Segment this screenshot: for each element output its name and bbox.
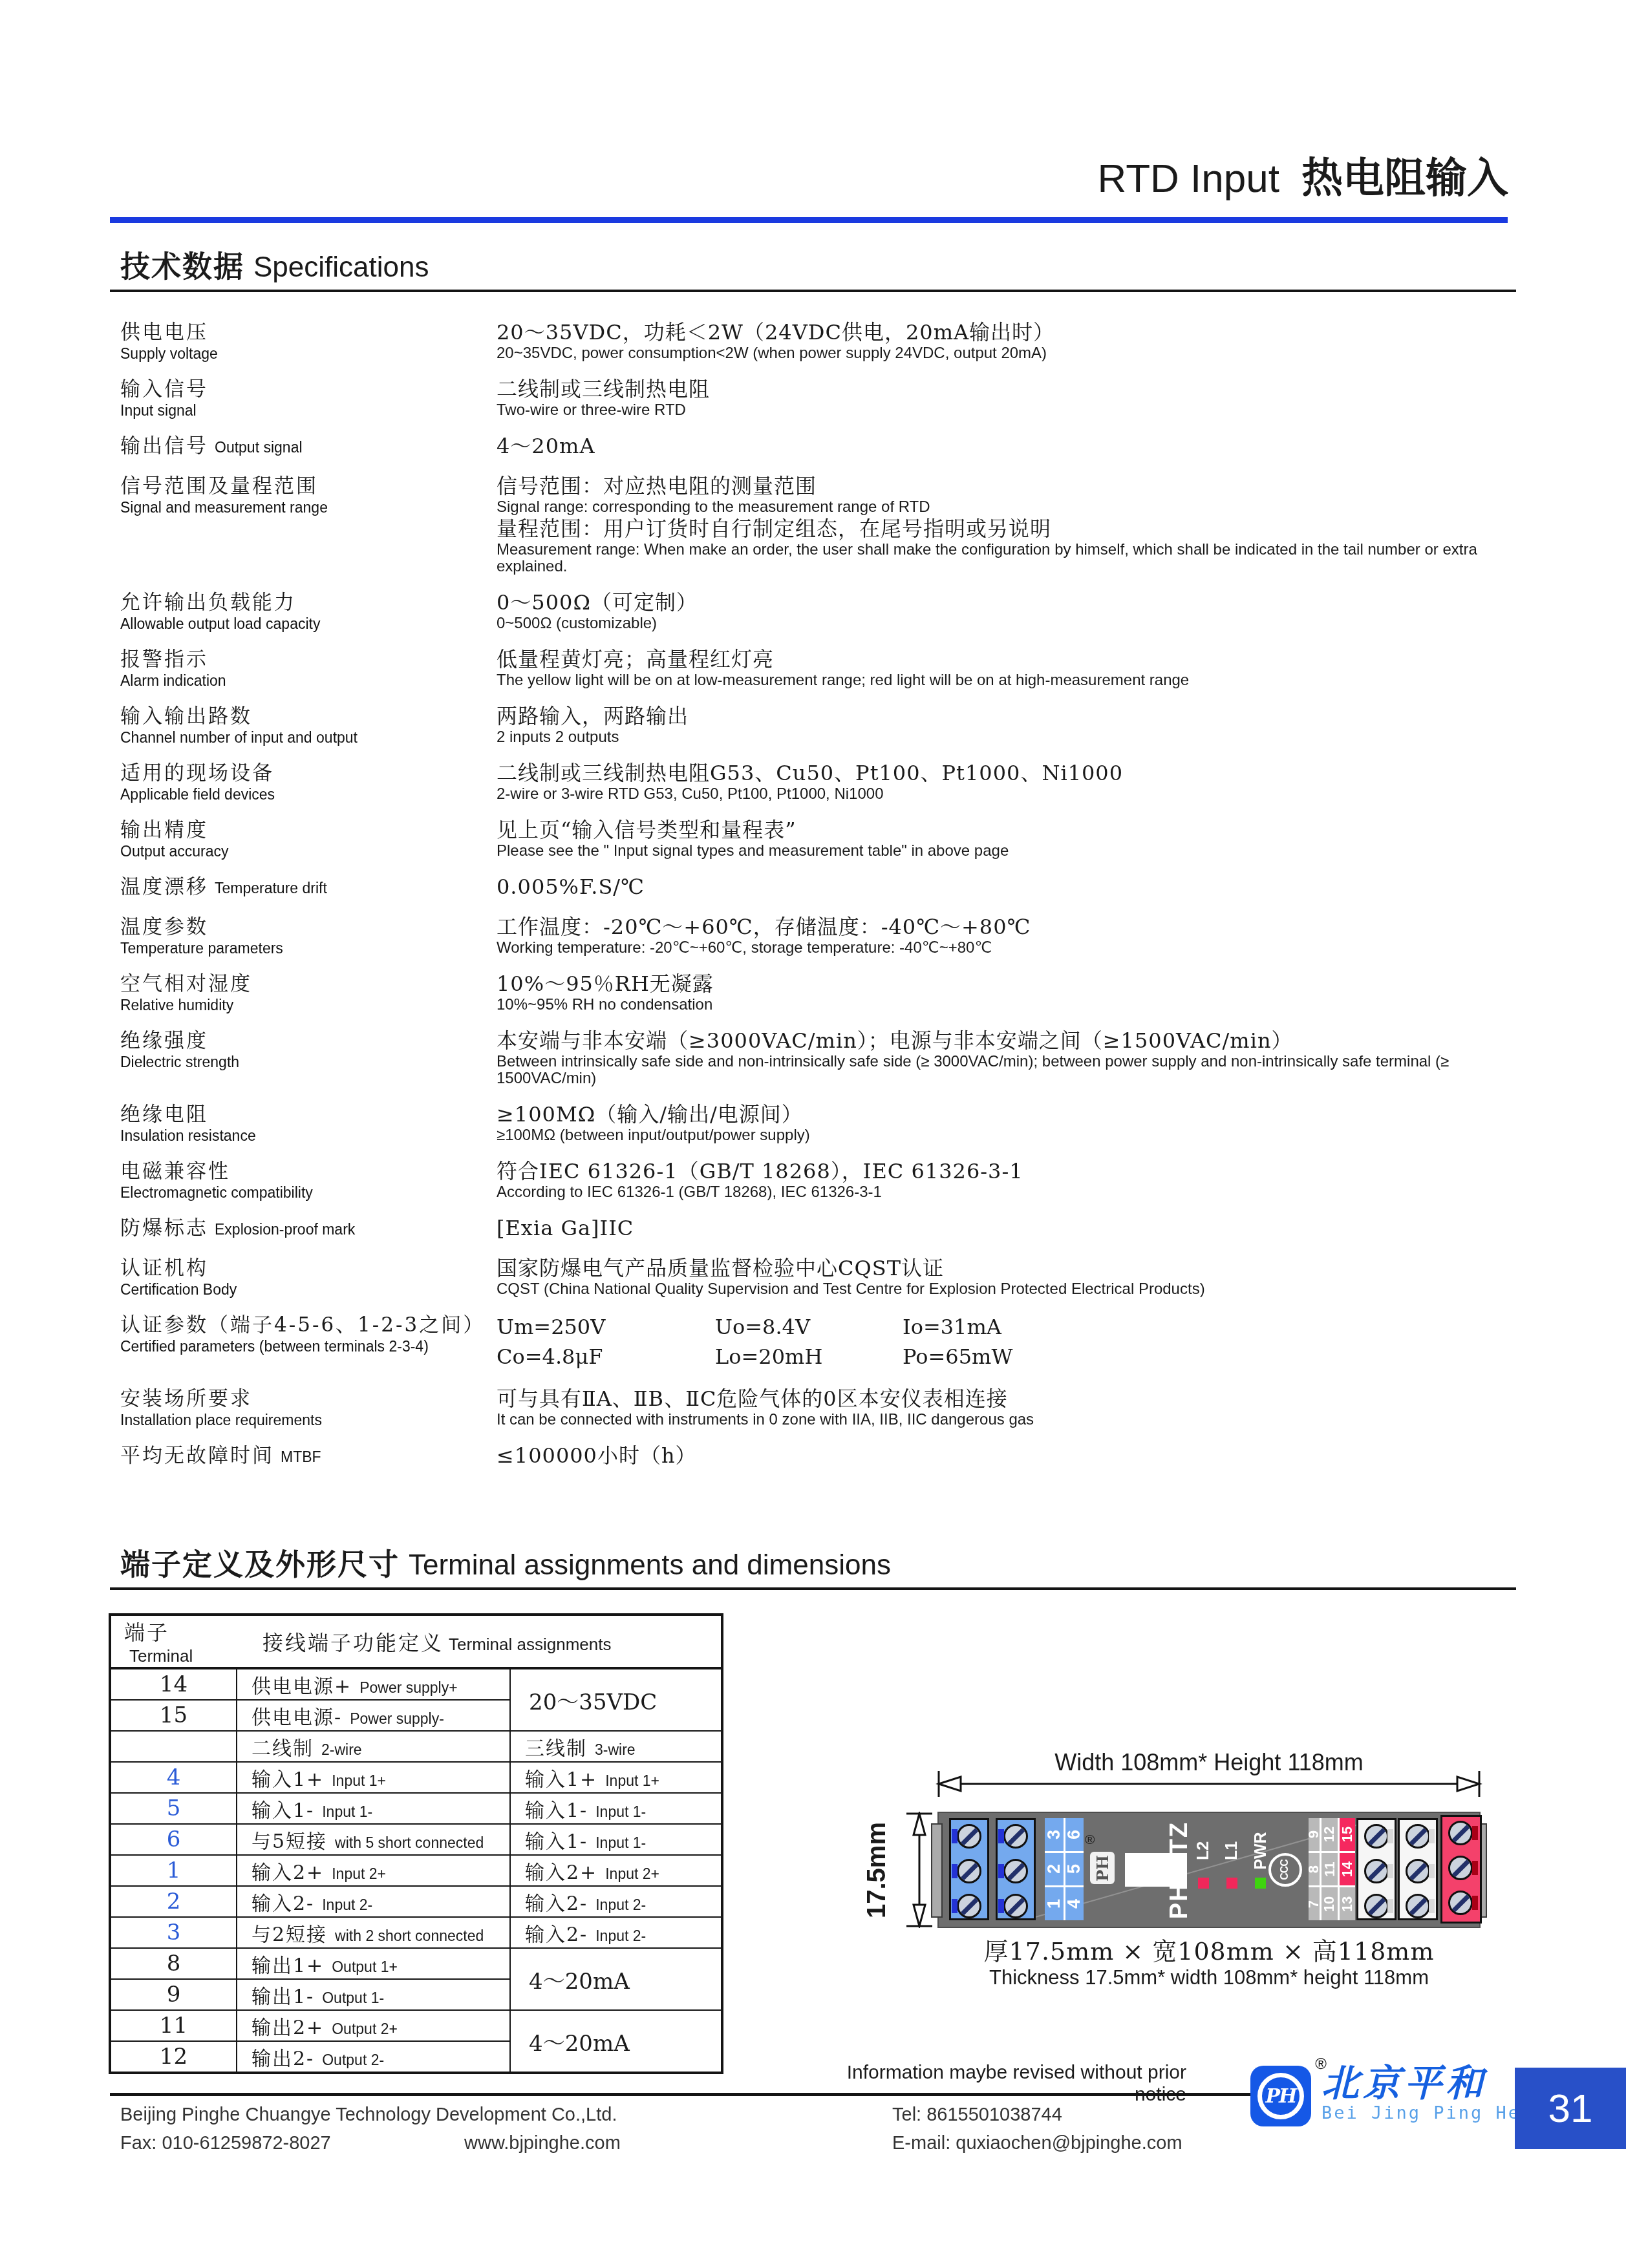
spec-row: 供电电压Supply voltage20～35VDC，功耗＜2W（24VDC供电… (120, 319, 1517, 362)
terminal-function-en: Input 1+ (605, 1772, 659, 1789)
spec-value-line: [Exia Ga]IIC (497, 1215, 1517, 1241)
spec-label: 电磁兼容性Electromagnetic compatibility (120, 1158, 497, 1201)
device-terminal-number-cell-digit: 7 (1306, 1900, 1323, 1908)
spec-value-line: 4～20mA (497, 433, 1517, 459)
spec-row: 电磁兼容性Electromagnetic compatibility符合IEC … (120, 1158, 1517, 1201)
device-terminal-number-cell: 1 (1045, 1887, 1064, 1920)
device-terminal-number-cell-digit: 11 (1321, 1861, 1338, 1876)
spec-label-en: Certification Body (120, 1281, 497, 1298)
terminal-function-zh: 输出1- (251, 1986, 314, 2008)
spec-value-zh: 见上页“输入信号类型和量程表” (497, 817, 1517, 843)
spec-value-en: 2-wire or 3-wire RTD G53, Cu50, Pt100, P… (497, 786, 1517, 803)
screw-icon (1003, 1894, 1028, 1918)
spec-value-en: 10%~95% RH no condensation (497, 997, 1517, 1013)
terminal-function-en: Input 1- (322, 1803, 372, 1820)
terminal-section-heading: 端子定义及外形尺寸Terminal assignments and dimens… (120, 1541, 891, 1584)
terminal-heading-en: Terminal assignments and dimensions (409, 1549, 891, 1581)
screw-icon (1448, 1821, 1473, 1845)
spec-value: 二线制或三线制热电阻G53、Cu50、Pt100、Pt1000、Ni10002-… (497, 760, 1517, 803)
spec-value-zh: 本安端与非本安端（≥3000VAC/min）；电源与非本安端之间（≥1500VA… (497, 1028, 1517, 1054)
footer-website: www.bjpinghe.com (464, 2133, 621, 2154)
spec-value-zh: 二线制或三线制热电阻G53、Cu50、Pt100、Pt1000、Ni1000 (497, 760, 1517, 786)
terminal-table-header-col1: 端子Terminal (110, 1615, 237, 1668)
terminal-row: 2输入2-Input 2-输入2-Input 2- (110, 1886, 722, 1917)
device-terminal-number-cell-digit: 9 (1306, 1830, 1323, 1838)
terminal-block-blue-1 (949, 1818, 989, 1920)
spec-value: 低量程黄灯亮；高量程红灯亮The yellow light will be on… (497, 646, 1517, 689)
terminal-tick (1429, 1829, 1435, 1843)
spec-value-en: Please see the " Input signal types and … (497, 843, 1517, 860)
spec-label: 输出精度Output accuracy (120, 817, 497, 860)
device-terminal-number-cell-digit: 10 (1321, 1896, 1338, 1911)
spec-label-zh: 防爆标志 (120, 1216, 208, 1240)
device-thickness-label: 17.5mm (857, 1828, 896, 1912)
terminal-tick (1387, 1899, 1393, 1913)
spec-value-col: Um=250V (497, 1312, 715, 1342)
spec-label-zh: 安装场所要求 (120, 1386, 497, 1412)
spec-value-col: Po=65mW (903, 1342, 1012, 1372)
spec-value: 信号范围：对应热电阻的测量范围Signal range: correspondi… (497, 473, 1517, 575)
terminal-number: 14 (110, 1668, 237, 1700)
spec-value: 两路输入，两路输出2 inputs 2 outputs (497, 703, 1517, 746)
terminal-header-en: Terminal (129, 1646, 193, 1666)
spec-value-zh: 0.005%F.S/℃ (497, 874, 1517, 900)
screw-icon (1003, 1824, 1028, 1849)
device-terminal-number-cell: 13 (1340, 1887, 1355, 1920)
terminal-heading-zh: 端子定义及外形尺寸 (120, 1547, 400, 1581)
terminal-number-grid-right: 912158111471013 (1309, 1818, 1355, 1920)
spec-label-en: Dielectric strength (120, 1054, 497, 1070)
terminal-function-zh: 输出1+ (251, 1955, 324, 1977)
terminal-function-en: 3-wire (595, 1741, 636, 1758)
device-terminal-number-cell: 3 (1045, 1818, 1064, 1851)
terminal-row: 3与2短接with 2 short connected输入2-Input 2- (110, 1917, 722, 1948)
terminal-function-zh: 输入2- (525, 1892, 588, 1915)
spec-label-zh: 输入信号 (120, 376, 497, 402)
screw-slot (1407, 1894, 1430, 1918)
spec-value-zh: 国家防爆电气产品质量监督检验中心CQST认证 (497, 1255, 1517, 1281)
screw-slot (1365, 1860, 1389, 1883)
screw-icon (1448, 1891, 1473, 1915)
thickness-dimension-arrow (906, 1812, 932, 1928)
spec-value-zh: 二线制或三线制热电阻 (497, 376, 1517, 402)
terminal-number: 3 (110, 1917, 237, 1948)
terminal-number-grid-left: 362514 (1045, 1818, 1084, 1920)
spec-row: 报警指示Alarm indication低量程黄灯亮；高量程红灯亮The yel… (120, 646, 1517, 689)
terminal-function-2wire: 输出2+Output 2+ (237, 2010, 510, 2041)
terminal-block-red (1440, 1815, 1482, 1924)
spec-value: 10%～95％RH无凝露10%~95% RH no condensation (497, 971, 1517, 1013)
spec-row: 输出精度Output accuracy见上页“输入信号类型和量程表”Please… (120, 817, 1517, 860)
spec-value-en: Working temperature: -20℃~+60℃, storage … (497, 940, 1517, 957)
spec-value: 工作温度：-20℃～+60℃，存储温度：-40℃～+80℃Working tem… (497, 914, 1517, 957)
spec-label-en: Output accuracy (120, 843, 497, 860)
spec-value-zh: 0～500Ω（可定制） (497, 589, 1517, 615)
terminal-function-zh: 输出2+ (251, 2017, 324, 2039)
device-terminal-number-cell: 6 (1065, 1818, 1084, 1851)
device-terminal-number-cell-digit: 4 (1064, 1899, 1084, 1909)
spec-value-zh: ≤100000小时（h） (497, 1443, 1517, 1468)
spec-value: 4～20mA (497, 433, 1517, 459)
ccc-certification-icon: CCC (1268, 1853, 1302, 1887)
terminal-tick (1472, 1826, 1478, 1840)
screw-slot (1449, 1856, 1473, 1880)
spec-label-en: Installation place requirements (120, 1412, 497, 1428)
terminal-function-zh: 输入2+ (251, 1861, 324, 1884)
terminal-function-3wire: 输入1-Input 1- (510, 1824, 722, 1855)
terminal-block-blue-2 (996, 1818, 1036, 1920)
spec-row: 空气相对湿度Relative humidity10%～95％RH无凝露10%~9… (120, 971, 1517, 1013)
spec-value-en: ≥100MΩ (between input/output/power suppl… (497, 1127, 1517, 1144)
footer-company: Beijing Pinghe Chuangye Technology Devel… (120, 2104, 617, 2126)
terminal-function-en: with 5 short connected (335, 1834, 484, 1851)
screw-icon (1364, 1824, 1389, 1849)
device-terminal-number-cell-digit: 2 (1044, 1864, 1064, 1874)
screw-slot (1407, 1860, 1430, 1883)
spec-value-col: Lo=20mH (715, 1342, 903, 1372)
spec-value-line: 信号范围：对应热电阻的测量范围Signal range: correspondi… (497, 473, 1517, 516)
spec-value-en: It can be connected with instruments in … (497, 1412, 1517, 1428)
terminal-function-2wire: 输入1+Input 1+ (237, 1762, 510, 1793)
spec-value-zh: 4～20mA (497, 433, 1517, 459)
terminal-function-zh: 输入1- (525, 1799, 588, 1822)
device-dimensions-zh: 厚17.5mm × 宽108mm × 高118mm (937, 1931, 1481, 1967)
spec-row: 输入信号Input signal二线制或三线制热电阻Two-wire or th… (120, 376, 1517, 419)
spec-row: 防爆标志Explosion-proof mark[Exia Ga]IIC (120, 1215, 1517, 1241)
spec-row: 允许输出负载能力Allowable output load capacity0～… (120, 589, 1517, 632)
spec-label-en: Certified parameters (between terminals … (120, 1338, 497, 1355)
screw-icon (1364, 1859, 1389, 1883)
spec-row: 认证参数（端子4-5-6、1-2-3之间）Certified parameter… (120, 1312, 1517, 1372)
spec-label-zh: 信号范围及量程范围 (120, 473, 497, 499)
led-label-text: L2 (1195, 1841, 1214, 1860)
spec-label-en: Channel number of input and output (120, 729, 497, 746)
spec-label: 输入信号Input signal (120, 376, 497, 419)
terminal-function-2wire: 输出1+Output 1+ (237, 1948, 510, 1979)
screw-icon (957, 1894, 981, 1918)
terminal-function-en: Input 2+ (332, 1865, 386, 1882)
terminal-function-en: Power supply+ (359, 1679, 458, 1696)
terminal-signal-value: 4～20mA (510, 1948, 722, 2010)
spec-label-zh: 绝缘电阻 (120, 1101, 497, 1127)
screw-slot (958, 1894, 981, 1918)
spec-value-en: 20~35VDC, power consumption<2W (when pow… (497, 345, 1517, 362)
spec-label: 认证机构Certification Body (120, 1255, 497, 1298)
terminal-function-3wire: 输入1-Input 1- (510, 1793, 722, 1824)
brand-mark-icon: PH (1090, 1852, 1115, 1884)
spec-label-en: MTBF (281, 1448, 321, 1465)
spec-value-en: Two-wire or three-wire RTD (497, 402, 1517, 419)
spec-value-en: Signal range: corresponding to the measu… (497, 499, 1517, 516)
terminal-function-en: Output 2+ (332, 2020, 398, 2037)
terminal-function-en: Input 2- (595, 1896, 646, 1913)
device-terminal-number-cell-digit: 5 (1064, 1864, 1084, 1874)
device-terminal-number-cell-digit: 12 (1321, 1827, 1338, 1842)
terminal-row: 8输出1+Output 1+4～20mA (110, 1948, 722, 1979)
spec-label-en: Explosion-proof mark (215, 1221, 355, 1238)
terminal-function-en: Input 1+ (332, 1772, 386, 1789)
terminal-row: 11输出2+Output 2+4～20mA (110, 2010, 722, 2041)
terminal-function-en: Input 1- (595, 1803, 646, 1820)
terminal-function-2wire: 供电电源+Power supply+ (237, 1668, 510, 1700)
terminal-number: 5 (110, 1793, 237, 1824)
spec-label: 认证参数（端子4-5-6、1-2-3之间）Certified parameter… (120, 1312, 497, 1372)
spec-label-en: Applicable field devices (120, 786, 497, 803)
device-terminal-number-cell-digit: 8 (1306, 1865, 1323, 1873)
spec-label: 温度漂移Temperature drift (120, 874, 497, 900)
spec-value-line: ≤100000小时（h） (497, 1443, 1517, 1468)
spec-label: 输入输出路数Channel number of input and output (120, 703, 497, 746)
terminal-function-en: Input 2- (595, 1927, 646, 1944)
spec-label-zh: 认证机构 (120, 1255, 497, 1281)
terminal-tick (998, 1864, 1004, 1878)
spec-label: 供电电压Supply voltage (120, 319, 497, 362)
terminal-function-en: with 2 short connected (335, 1927, 484, 1944)
spec-label-zh: 温度漂移 (120, 875, 208, 898)
device-left-end-cap (931, 1823, 943, 1918)
terminal-function-2wire: 输出2-Output 2- (237, 2041, 510, 2073)
specs-heading-rule (110, 290, 1516, 292)
terminal-tick (1429, 1864, 1435, 1878)
terminal-function-3wire: 输入1+Input 1+ (510, 1762, 722, 1793)
spec-value-col: Co=4.8μF (497, 1342, 715, 1372)
terminal-function-en: Output 1- (322, 1989, 384, 2006)
screw-slot (1449, 1821, 1473, 1845)
spec-value-en: 2 inputs 2 outputs (497, 729, 1517, 746)
terminal-function-zh: 输入2- (525, 1924, 588, 1946)
spec-label-zh: 电磁兼容性 (120, 1158, 497, 1184)
screw-slot (958, 1860, 981, 1883)
spec-row: 温度参数Temperature parameters工作温度：-20℃～+60℃… (120, 914, 1517, 957)
terminal-row: 4输入1+Input 1+输入1+Input 1+ (110, 1762, 722, 1793)
spec-row: 信号范围及量程范围Signal and measurement range信号范… (120, 473, 1517, 575)
spec-label-zh: 输入输出路数 (120, 703, 497, 729)
spec-label: 适用的现场设备Applicable field devices (120, 760, 497, 803)
screw-icon (1003, 1859, 1028, 1883)
screw-icon (1406, 1859, 1430, 1883)
led-indicator-icon (1255, 1878, 1266, 1889)
spec-label: 报警指示Alarm indication (120, 646, 497, 689)
spec-label-zh: 报警指示 (120, 646, 497, 672)
spec-value: Um=250VUo=8.4VIo=31mACo=4.8μFLo=20mHPo=6… (497, 1312, 1517, 1372)
spec-label: 空气相对湿度Relative humidity (120, 971, 497, 1013)
led-label-text: L1 (1223, 1841, 1242, 1860)
screw-slot (1365, 1894, 1389, 1918)
spec-value: 见上页“输入信号类型和量程表”Please see the " Input si… (497, 817, 1517, 860)
screw-slot (1005, 1825, 1028, 1848)
terminal-row: 6与5短接with 5 short connected输入1-Input 1- (110, 1824, 722, 1855)
spec-value-line: 见上页“输入信号类型和量程表”Please see the " Input si… (497, 817, 1517, 860)
terminal-row: 二线制2-wire三线制3-wire (110, 1731, 722, 1762)
device-terminal-number-cell-digit: 15 (1339, 1827, 1356, 1842)
terminal-function-2wire: 输入2-Input 2- (237, 1886, 510, 1917)
device-terminal-number-cell: 15 (1340, 1818, 1355, 1851)
terminal-number: 12 (110, 2041, 237, 2073)
terminal-function-3wire: 输入2-Input 2- (510, 1886, 722, 1917)
spec-value-line: ≥100MΩ（输入/输出/电源间）≥100MΩ (between input/o… (497, 1101, 1517, 1144)
terminal-function-zh: 供电电源- (251, 1706, 342, 1729)
spec-label-zh: 平均无故障时间 (120, 1444, 274, 1467)
terminal-function-2wire: 输出1-Output 1- (237, 1979, 510, 2010)
spec-value: 符合IEC 61326-1（GB/T 18268），IEC 61326-3-1A… (497, 1158, 1517, 1201)
terminal-function-zh: 供电电源+ (251, 1675, 352, 1698)
logo-circle: PH (1257, 2073, 1304, 2119)
terminal-number: 15 (110, 1700, 237, 1731)
spec-value-en: The yellow light will be on at low-measu… (497, 672, 1517, 689)
device-terminal-number-cell-digit: 1 (1044, 1899, 1064, 1909)
screw-icon (1406, 1894, 1430, 1918)
device-terminal-number-cell-digit: 14 (1339, 1861, 1356, 1877)
terminal-function-zh: 三线制 (525, 1737, 587, 1760)
spec-value-zh: ≥100MΩ（输入/输出/电源间） (497, 1101, 1517, 1127)
terminal-number: 9 (110, 1979, 237, 2010)
assignments-header-zh: 接线端子功能定义 (262, 1631, 444, 1655)
terminal-number: 11 (110, 2010, 237, 2041)
screw-slot (1365, 1825, 1389, 1848)
page-number: 31 (1548, 2086, 1593, 2132)
terminal-function-3wire: 输入2+Input 2+ (510, 1855, 722, 1886)
spec-label-en: Input signal (120, 402, 497, 419)
spec-row: 适用的现场设备Applicable field devices二线制或三线制热电… (120, 760, 1517, 803)
device-terminal-number-cell: 12 (1321, 1818, 1337, 1851)
spec-value-zh: 信号范围：对应热电阻的测量范围 (497, 473, 1517, 499)
spec-label-zh: 输出信号 (120, 434, 208, 458)
spec-value-line: 本安端与非本安端（≥3000VAC/min）；电源与非本安端之间（≥1500VA… (497, 1028, 1517, 1087)
terminal-assignments-table: 端子Terminal 接线端子功能定义Terminal assignments … (109, 1613, 723, 2074)
terminal-tick (998, 1899, 1004, 1913)
terminal-function-zh: 输入2+ (525, 1861, 597, 1884)
terminal-row: 5输入1-Input 1-输入1-Input 1- (110, 1793, 722, 1824)
spec-label-en: Supply voltage (120, 345, 497, 362)
spec-value: 0～500Ω（可定制）0~500Ω (customizable) (497, 589, 1517, 632)
terminal-function-zh: 输入2- (251, 1892, 314, 1915)
spec-label: 防爆标志Explosion-proof mark (120, 1215, 497, 1241)
spec-value: ≥100MΩ（输入/输出/电源间）≥100MΩ (between input/o… (497, 1101, 1517, 1144)
terminal-tick (1429, 1899, 1435, 1913)
device-terminal-number-cell: 14 (1340, 1853, 1355, 1886)
spec-label-en: Relative humidity (120, 997, 497, 1013)
spec-value-line: 国家防爆电气产品质量监督检验中心CQST认证CQST (China Nation… (497, 1255, 1517, 1298)
spec-value-zh: 两路输入，两路输出 (497, 703, 1517, 729)
screw-icon (1406, 1824, 1430, 1849)
spec-label-en: Signal and measurement range (120, 499, 497, 516)
terminal-function-zh: 输入1- (525, 1830, 588, 1853)
screw-slot (1005, 1860, 1028, 1883)
page-title: RTD Input热电阻输入 (1098, 145, 1508, 204)
spec-value-line: 0.005%F.S/℃ (497, 874, 1517, 900)
terminal-function-zh: 与2短接 (251, 1924, 327, 1946)
spec-value: 0.005%F.S/℃ (497, 874, 1517, 900)
terminal-function-zh: 输出2- (251, 2048, 314, 2070)
device-terminal-number-cell: 8 (1309, 1853, 1320, 1886)
terminal-function-en: 2-wire (321, 1741, 362, 1758)
specs-heading-zh: 技术数据 (120, 249, 244, 283)
spec-label-zh: 温度参数 (120, 914, 497, 940)
spec-value-en: Between intrinsically safe side and non-… (497, 1054, 1517, 1087)
terminal-function-en: Input 2- (322, 1896, 372, 1913)
led-label: L1 (1218, 1830, 1246, 1871)
terminal-number: 2 (110, 1886, 237, 1917)
width-dimension-arrow (935, 1771, 1483, 1797)
page-title-zh: 热电阻输入 (1301, 154, 1508, 201)
terminal-signal-value: 20～35VDC (510, 1668, 722, 1731)
logo-mark-text: PH (1266, 2085, 1296, 2108)
terminal-function-2wire: 输入2+Input 2+ (237, 1855, 510, 1886)
spec-value-line: 工作温度：-20℃～+60℃，存储温度：-40℃～+80℃Working tem… (497, 914, 1517, 957)
terminal-function-zh: 与5短接 (251, 1830, 327, 1853)
screw-slot (1449, 1891, 1473, 1914)
led-indicator-icon (1198, 1878, 1209, 1889)
spec-value-zh: 低量程黄灯亮；高量程红灯亮 (497, 646, 1517, 672)
terminal-header-zh: 端子 (124, 1620, 169, 1645)
led-label: L2 (1190, 1830, 1218, 1871)
spec-value-line: 20～35VDC，功耗＜2W（24VDC供电，20mA输出时）20~35VDC,… (497, 319, 1517, 362)
spec-label-en: Output signal (215, 439, 303, 456)
title-accent-rule (110, 217, 1508, 223)
spec-value-zh: 符合IEC 61326-1（GB/T 18268），IEC 61326-3-1 (497, 1158, 1517, 1184)
terminal-number: 1 (110, 1855, 237, 1886)
terminal-number: 6 (110, 1824, 237, 1855)
spec-label-zh: 适用的现场设备 (120, 760, 497, 786)
spec-value: [Exia Ga]IIC (497, 1215, 1517, 1241)
spec-label-zh: 允许输出负载能力 (120, 589, 497, 615)
specs-list: 供电电压Supply voltage20～35VDC，功耗＜2W（24VDC供电… (120, 319, 1517, 1483)
spec-value: 二线制或三线制热电阻Two-wire or three-wire RTD (497, 376, 1517, 419)
device-terminal-number-cell-digit: 6 (1064, 1830, 1084, 1839)
logo-wordmark: 北京平和 Bei Jing Ping He (1321, 2063, 1521, 2123)
spec-value-zh: 可与具有ⅡA、ⅡB、ⅡC危险气体的0区本安仪表相连接 (497, 1386, 1517, 1412)
terminal-function-zh: 二线制 (251, 1737, 314, 1760)
screw-slot (1407, 1825, 1430, 1848)
spec-label: 平均无故障时间MTBF (120, 1443, 497, 1468)
spec-label-zh: 认证参数（端子4-5-6、1-2-3之间） (120, 1312, 497, 1338)
spec-label-en: Electromagnetic compatibility (120, 1184, 497, 1201)
page-number-badge: 31 (1515, 2068, 1626, 2149)
spec-label-zh: 输出精度 (120, 817, 497, 843)
terminal-heading-rule (110, 1587, 1516, 1590)
spec-value-line: 量程范围：用户订货时自行制定组态，在尾号指明或另说明Measurement ra… (497, 516, 1517, 575)
spec-row: 平均无故障时间MTBF≤100000小时（h） (120, 1443, 1517, 1468)
spec-value-en: Measurement range: When make an order, t… (497, 542, 1517, 575)
spec-row: 温度漂移Temperature drift0.005%F.S/℃ (120, 874, 1517, 900)
logo-company-pinyin: Bei Jing Ping He (1321, 2103, 1521, 2123)
terminal-number: 4 (110, 1762, 237, 1793)
led-label-text: PWR (1252, 1832, 1270, 1869)
device-terminal-number-cell: 5 (1065, 1853, 1084, 1886)
screw-slot (1005, 1894, 1028, 1918)
spec-value-en: 0~500Ω (customizable) (497, 615, 1517, 632)
spec-value-line: 低量程黄灯亮；高量程红灯亮The yellow light will be on… (497, 646, 1517, 689)
spec-label: 允许输出负载能力Allowable output load capacity (120, 589, 497, 632)
spec-value-line: 两路输入，两路输出2 inputs 2 outputs (497, 703, 1517, 746)
spec-value-line: 可与具有ⅡA、ⅡB、ⅡC危险气体的0区本安仪表相连接It can be conn… (497, 1386, 1517, 1428)
terminal-row: 1输入2+Input 2+输入2+Input 2+ (110, 1855, 722, 1886)
footer-tel: Tel: 8615501038744 (892, 2104, 1062, 2126)
spec-value-line: 符合IEC 61326-1（GB/T 18268），IEC 61326-3-1A… (497, 1158, 1517, 1201)
terminal-tick (952, 1864, 957, 1878)
screw-slot (958, 1825, 981, 1848)
screw-icon (957, 1824, 981, 1849)
spec-label-en: Allowable output load capacity (120, 615, 497, 632)
spec-value-zh: 工作温度：-20℃～+60℃，存储温度：-40℃～+80℃ (497, 914, 1517, 940)
device-terminal-number-cell: 9 (1309, 1818, 1320, 1851)
spec-label: 绝缘电阻Insulation resistance (120, 1101, 497, 1144)
spec-row: 认证机构Certification Body国家防爆电气产品质量监督检验中心CQ… (120, 1255, 1517, 1298)
terminal-function-2wire: 与2短接with 2 short connected (237, 1917, 510, 1948)
terminal-function-2wire: 二线制2-wire (237, 1731, 510, 1762)
terminal-table-header: 端子Terminal 接线端子功能定义Terminal assignments (110, 1615, 722, 1668)
device-terminal-number-cell: 7 (1309, 1887, 1320, 1920)
